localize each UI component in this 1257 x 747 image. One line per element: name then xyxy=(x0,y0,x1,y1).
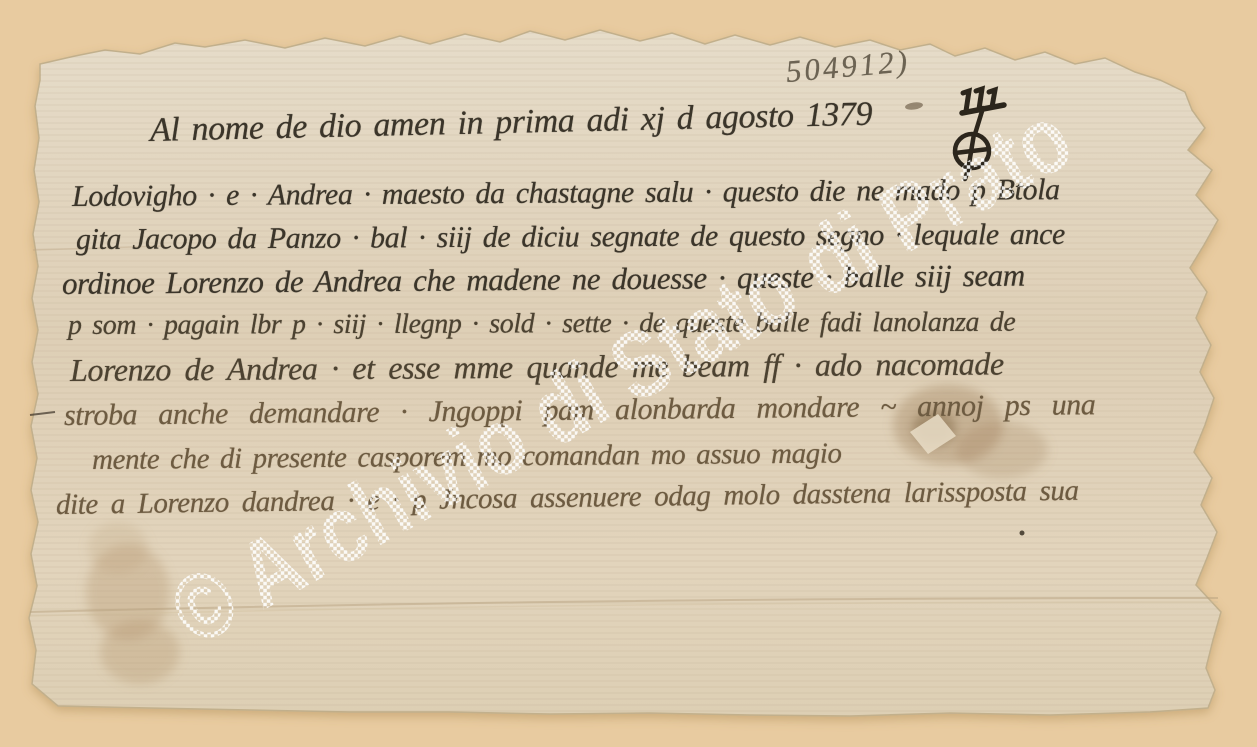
manuscript-photo: 504912) Al nome de dio amen in prima adi… xyxy=(0,0,1257,747)
watermark-layer: © Archivio di Stato di Prato xyxy=(0,0,1257,747)
watermark-text: © Archivio di Stato di Prato xyxy=(154,84,1089,666)
